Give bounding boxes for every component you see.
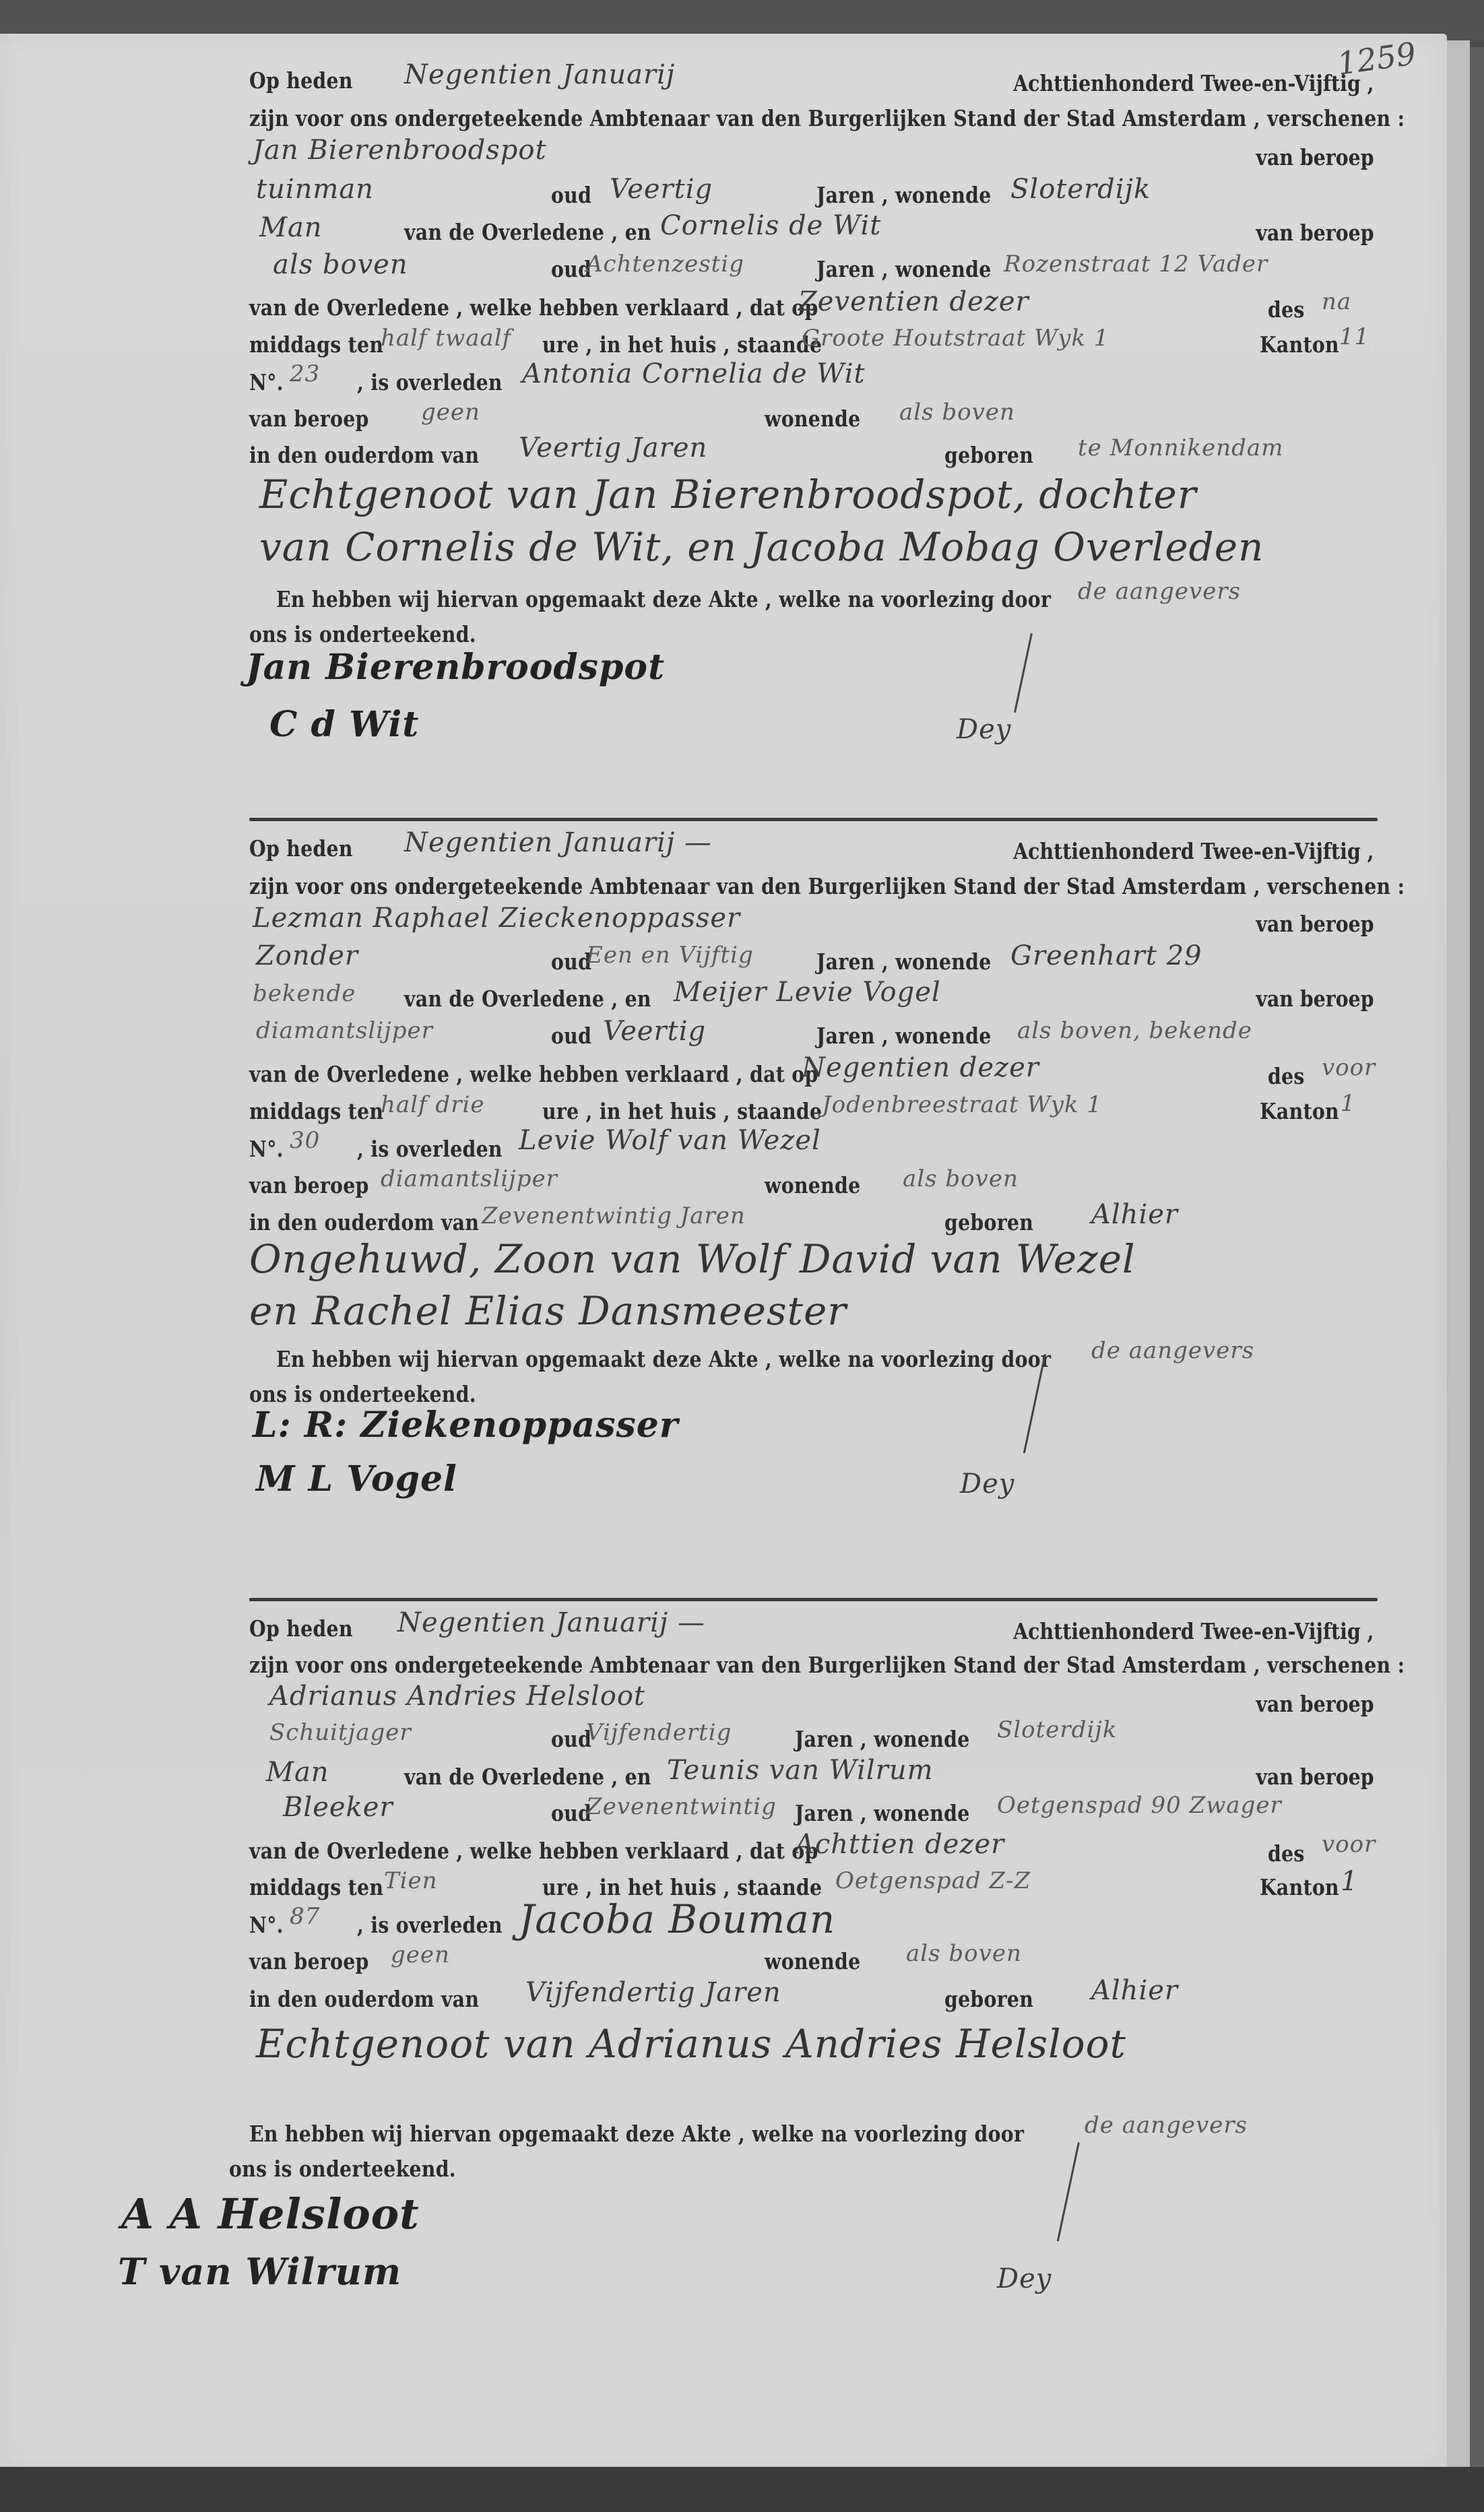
declarant1-age: Een en Vijftig: [586, 942, 754, 969]
van-de-overledene-en-label: van de Overledene , en: [404, 219, 651, 245]
declarant1-occupation: Zonder: [256, 940, 358, 971]
overleden-label: , is overleden: [357, 369, 503, 395]
huis-label: ure , in het huis , staande: [542, 331, 822, 358]
page-edge: [1447, 40, 1470, 2486]
signature-declarant-2: C d Wit: [269, 704, 419, 745]
death-day: Zeventien dezer: [798, 286, 1029, 317]
op-heden-label: Op heden: [249, 67, 353, 94]
kanton-label: Kanton: [1260, 1874, 1339, 1900]
appearance-line: zijn voor ons ondergeteekende Ambtenaar …: [249, 1652, 1405, 1678]
verklaard-label: van de Overledene , welke hebben verklaa…: [249, 294, 818, 321]
kanton-value: 1: [1341, 1090, 1356, 1117]
middags-label: middags ten: [249, 1874, 383, 1900]
des-label: des: [1268, 1063, 1305, 1089]
van-de-overledene-en-label: van de Overledene , en: [404, 1764, 651, 1790]
remarks-line-1: Echtgenoot van Jan Bierenbroodspot, doch…: [259, 472, 1197, 517]
signature-declarant-2: T van Wilrum: [118, 2250, 401, 2293]
declarant1-residence: Sloterdijk: [1010, 174, 1151, 205]
deceased-residence: als boven: [906, 1940, 1022, 1967]
beroep-label: van beroep: [249, 1948, 369, 1974]
signature-official: Dey: [960, 1469, 1014, 1500]
no-label: N°.: [249, 1136, 284, 1162]
declarant2-residence: Oetgenspad 90 Zwager: [997, 1792, 1282, 1819]
des-label: des: [1268, 296, 1305, 323]
declarant1-age: Vijfendertig: [586, 1719, 732, 1746]
huis-label: ure , in het huis , staande: [542, 1098, 822, 1124]
deceased-birthplace: te Monnikendam: [1078, 434, 1283, 461]
record-number: 87: [290, 1903, 320, 1930]
kanton-label: Kanton: [1260, 331, 1339, 358]
des-value: na: [1322, 288, 1351, 315]
kanton-value: 1: [1341, 1866, 1358, 1897]
declarant1-relation: Man: [266, 1757, 329, 1788]
year-label: Achttienhonderd Twee-en-Vijftig ,: [1014, 838, 1374, 864]
record-separator-2: [249, 1598, 1378, 1601]
closing-handwritten: de aangevers: [1078, 578, 1241, 605]
van-beroep-label: van beroep: [1256, 144, 1374, 170]
closing-line-1: En hebben wij hiervan opgemaakt deze Akt…: [276, 586, 1051, 612]
closing-line-2: ons is onderteekend.: [229, 2156, 456, 2182]
signature-declarant-2: M L Vogel: [256, 1458, 457, 1500]
closing-line-2: ons is onderteekend.: [249, 621, 476, 647]
closing-line-2: ons is onderteekend.: [249, 1381, 476, 1407]
appearance-line: zijn voor ons ondergeteekende Ambtenaar …: [249, 873, 1405, 899]
declarant1-occupation: Schuitjager: [269, 1719, 412, 1746]
oud-label: oud: [551, 182, 591, 208]
ouderdom-label: in den ouderdom van: [249, 1986, 479, 2012]
declarant2-occupation: als boven: [273, 249, 408, 280]
van-beroep-label-2: van beroep: [1256, 1764, 1374, 1790]
declarant1-residence: Sloterdijk: [997, 1716, 1117, 1743]
year-label: Achttienhonderd Twee-en-Vijftig ,: [1014, 70, 1374, 96]
wonende-label: wonende: [765, 406, 860, 432]
deceased-name: Jacoba Bouman: [519, 1896, 835, 1942]
declarant1-name: Adrianus Andries Helsloot: [269, 1681, 645, 1712]
wonende-label: wonende: [765, 1172, 860, 1198]
signature-declarant-1: A A Helsloot: [121, 2189, 420, 2239]
van-beroep-label-2: van beroep: [1256, 220, 1374, 246]
death-hour: half twaalf: [381, 325, 511, 352]
deceased-age: Vijfendertig Jaren: [525, 1977, 781, 2008]
no-label: N°.: [249, 1912, 284, 1938]
verklaard-label: van de Overledene , welke hebben verklaa…: [249, 1838, 818, 1864]
declarant2-name: Meijer Levie Vogel: [674, 977, 941, 1008]
remarks-line-1: Ongehuwd, Zoon van Wolf David van Wezel: [249, 1236, 1136, 1282]
des-value: voor: [1322, 1831, 1376, 1858]
date-handwritten: Negentien Januarij —: [404, 827, 712, 858]
verklaard-label: van de Overledene , welke hebben verklaa…: [249, 1061, 818, 1087]
declarant1-name: Lezman Raphael Zieckenoppasser: [253, 903, 740, 934]
closing-handwritten: de aangevers: [1091, 1337, 1254, 1364]
des-label: des: [1268, 1840, 1305, 1867]
deceased-name: Antonia Cornelia de Wit: [522, 358, 866, 389]
declarant2-occupation: diamantslijper: [256, 1017, 433, 1044]
record-number: 30: [290, 1127, 320, 1154]
year-label: Achttienhonderd Twee-en-Vijftig ,: [1014, 1618, 1374, 1644]
deceased-birthplace: Alhier: [1091, 1199, 1178, 1230]
deceased-age: Zevenentwintig Jaren: [482, 1202, 746, 1229]
declarant1-occupation: tuinman: [256, 174, 374, 205]
declarant1-relation: Man: [259, 212, 323, 243]
deceased-residence: als boven: [899, 399, 1015, 426]
deceased-age: Veertig Jaren: [519, 432, 707, 463]
death-address: Jodenbreestraat Wyk 1: [822, 1091, 1102, 1118]
middags-label: middags ten: [249, 331, 383, 358]
van-beroep-label: van beroep: [1256, 1691, 1374, 1717]
kanton-label: Kanton: [1260, 1098, 1339, 1124]
death-address: Groote Houtstraat Wyk 1: [802, 325, 1109, 352]
deceased-occupation: geen: [391, 1941, 450, 1968]
deceased-name: Levie Wolf van Wezel: [519, 1125, 821, 1156]
date-handwritten: Negentien Januarij: [404, 59, 675, 90]
declarant2-occupation: Bleeker: [283, 1792, 393, 1823]
declarant2-name: Teunis van Wilrum: [667, 1755, 934, 1786]
jaren-wonende-label-2: Jaren , wonende: [816, 1023, 992, 1049]
beroep-label: van beroep: [249, 1172, 369, 1198]
declarant2-age: Achtenzestig: [586, 251, 744, 278]
geboren-label: geboren: [944, 442, 1033, 468]
op-heden-label: Op heden: [249, 835, 353, 862]
middags-label: middags ten: [249, 1098, 383, 1124]
deceased-birthplace: Alhier: [1091, 1975, 1178, 2006]
van-beroep-label-2: van beroep: [1256, 986, 1374, 1012]
geboren-label: geboren: [944, 1986, 1033, 2012]
remarks-line-2: van Cornelis de Wit, en Jacoba Mobag Ove…: [259, 524, 1264, 570]
declarant2-residence: als boven, bekende: [1017, 1017, 1252, 1044]
remarks-line-1: Echtgenoot van Adrianus Andries Helsloot: [256, 2021, 1126, 2067]
declarant2-age: Veertig: [603, 1016, 706, 1047]
jaren-wonende-label: Jaren , wonende: [795, 1726, 970, 1752]
signature-official: Dey: [957, 714, 1011, 745]
death-address: Oetgenspad Z-Z: [835, 1867, 1031, 1894]
des-value: voor: [1322, 1054, 1376, 1081]
closing-line-1: En hebben wij hiervan opgemaakt deze Akt…: [276, 1346, 1051, 1372]
kanton-value: 11: [1339, 323, 1369, 350]
signature-declarant-1: Jan Bierenbroodspot: [246, 647, 665, 688]
binding-edge: [1470, 47, 1484, 2512]
declarant1-residence: Greenhart 29: [1010, 940, 1202, 971]
date-handwritten: Negentien Januarij —: [397, 1607, 705, 1638]
signature-official: Dey: [997, 2263, 1052, 2294]
van-de-overledene-en-label: van de Overledene , en: [404, 986, 651, 1012]
death-day: Achttien dezer: [795, 1829, 1004, 1860]
ouderdom-label: in den ouderdom van: [249, 442, 479, 468]
deceased-occupation: diamantslijper: [381, 1165, 558, 1192]
declarant2-age: Zevenentwintig: [586, 1793, 777, 1820]
geboren-label: geboren: [944, 1209, 1033, 1235]
record-separator-1: [249, 818, 1378, 821]
death-hour: Tien: [384, 1867, 438, 1894]
jaren-wonende-label-2: Jaren , wonende: [816, 256, 992, 282]
jaren-wonende-label-2: Jaren , wonende: [795, 1800, 970, 1826]
remarks-line-2: en Rachel Elias Dansmeester: [249, 1288, 847, 1334]
death-day: Negentien dezer: [802, 1052, 1039, 1083]
death-hour: half drie: [381, 1091, 484, 1118]
beroep-label: van beroep: [249, 406, 369, 432]
scan-bottom-border: [0, 2467, 1484, 2512]
declarant2-residence: Rozenstraat 12 Vader: [1004, 251, 1268, 278]
signature-declarant-1: L: R: Ziekenoppasser: [253, 1405, 678, 1446]
overleden-label: , is overleden: [357, 1912, 503, 1938]
no-label: N°.: [249, 369, 284, 395]
declarant1-relation: bekende: [253, 980, 356, 1007]
op-heden-label: Op heden: [249, 1615, 353, 1642]
declarant2-name: Cornelis de Wit: [660, 210, 881, 241]
deceased-occupation: geen: [421, 399, 480, 426]
overleden-label: , is overleden: [357, 1136, 503, 1162]
declarant1-age: Veertig: [610, 174, 713, 205]
declarant1-name: Jan Bierenbroodspot: [253, 135, 547, 166]
appearance-line: zijn voor ons ondergeteekende Ambtenaar …: [249, 105, 1405, 131]
jaren-wonende-label: Jaren , wonende: [816, 948, 992, 975]
ouderdom-label: in den ouderdom van: [249, 1209, 479, 1235]
wonende-label: wonende: [765, 1948, 860, 1974]
deceased-residence: als boven: [903, 1165, 1019, 1192]
jaren-wonende-label: Jaren , wonende: [816, 182, 992, 208]
closing-line-1: En hebben wij hiervan opgemaakt deze Akt…: [249, 2121, 1024, 2147]
closing-handwritten: de aangevers: [1085, 2112, 1248, 2139]
oud-label-2: oud: [551, 1023, 591, 1049]
record-number: 23: [290, 360, 320, 387]
van-beroep-label: van beroep: [1256, 911, 1374, 937]
